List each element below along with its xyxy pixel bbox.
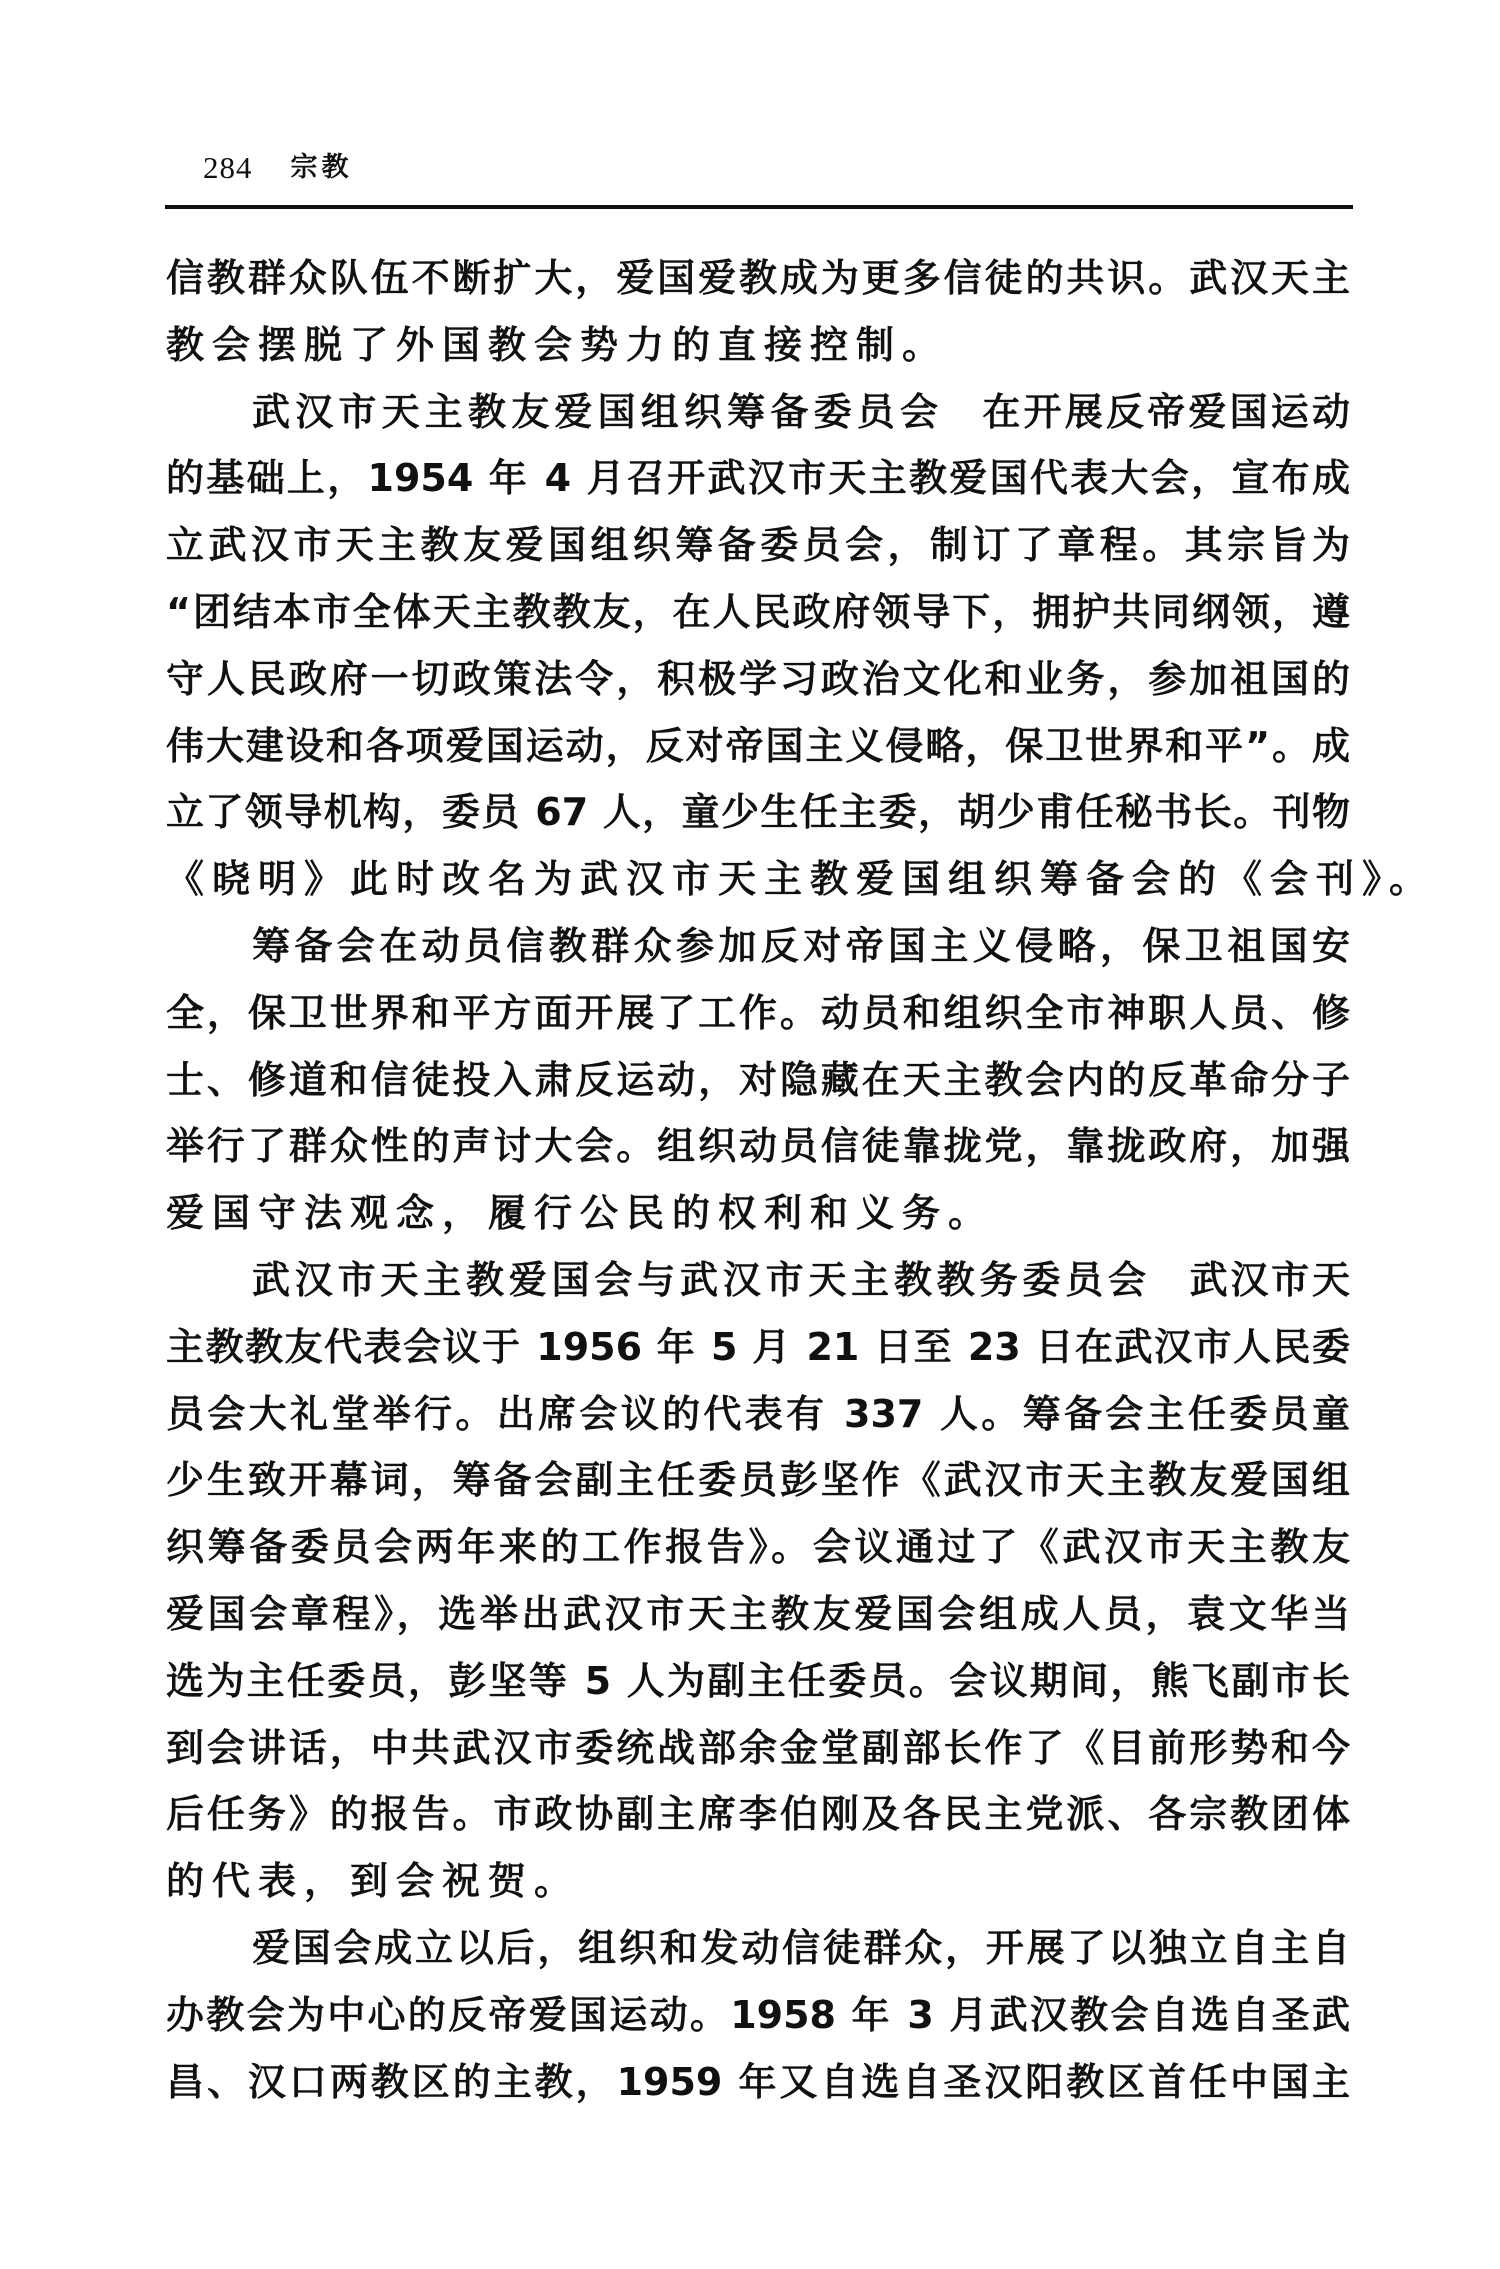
text-line: 少生致开幕词，筹备会副主任委员彭坚作《武汉市天主教友爱国组 [166,1454,1350,1521]
text-line: 后任务》的报告。市政协副主席李伯刚及各民主党派、各宗教团体 [166,1788,1350,1855]
text-line: 昌、汉口两教区的主教，1959 年又自选自圣汉阳教区首任中国主 [166,2056,1350,2123]
text-line: 的代表，到会祝贺。 [166,1855,1350,1922]
text-line: 到会讲话，中共武汉市委统战部余金堂副部长作了《目前形势和今 [166,1722,1350,1789]
text-line: 的基础上，1954 年 4 月召开武汉市天主教爱国代表大会，宣布成 [166,452,1350,519]
text-run: 武汉市天 [1187,1258,1350,1302]
text-line: 筹备会在动员信教群众参加反对帝国主义侵略，保卫祖国安 [166,920,1350,987]
text-line: 立了领导机构，委员 67 人，童少生任主委，胡少甫任秘书长。刊物 [166,786,1350,853]
book-page: 284 宗教 信教群众队伍不断扩大，爱国爱教成为更多信徒的共识。武汉天主 教会摆… [0,0,1500,2269]
text-line: 教会摆脱了外国教会势力的直接控制。 [166,319,1350,386]
text-run: 在开展反帝爱国运动 [979,390,1350,434]
text-line: 信教群众队伍不断扩大，爱国爱教成为更多信徒的共识。武汉天主 [166,252,1350,319]
header-rule [165,205,1353,209]
running-header: 284 宗教 [203,150,353,186]
text-line: 主教教友代表会议于 1956 年 5 月 21 日至 23 日在武汉市人民委 [166,1321,1350,1388]
section-title: 宗教 [291,150,353,186]
text-line: 举行了群众性的声讨大会。组织动员信徒靠拢党，靠拢政府，加强 [166,1120,1350,1187]
text-line: 织筹备委员会两年来的工作报告》。会议通过了《武汉市天主教友 [166,1521,1350,1588]
text-line: 伟大建设和各项爱国运动，反对帝国主义侵略，保卫世界和平”。成 [166,720,1350,787]
text-line-with-heading: 武汉市天主教友爱国组织筹备委员会在开展反帝爱国运动 [166,386,1350,453]
page-number: 284 [203,150,253,186]
text-line: 爱国会章程》，选举出武汉市天主教友爱国会组成人员，袁文华当 [166,1588,1350,1655]
section-heading: 武汉市天主教爱国会与武汉市天主教教务委员会 [252,1257,1151,1302]
body-text: 信教群众队伍不断扩大，爱国爱教成为更多信徒的共识。武汉天主 教会摆脱了外国教会势… [166,252,1350,2122]
text-line: 选为主任委员，彭坚等 5 人为副主任委员。会议期间，熊飞副市长 [166,1655,1350,1722]
text-line: 爱国守法观念，履行公民的权利和义务。 [166,1187,1350,1254]
section-heading: 武汉市天主教友爱国组织筹备委员会 [252,389,943,434]
text-line: 办教会为中心的反帝爱国运动。1958 年 3 月武汉教会自选自圣武 [166,1989,1350,2056]
text-line: 士、修道和信徒投入肃反运动，对隐藏在天主教会内的反革命分子 [166,1054,1350,1121]
text-line-with-heading: 武汉市天主教爱国会与武汉市天主教教务委员会武汉市天 [166,1254,1350,1321]
text-line: “团结本市全体天主教教友，在人民政府领导下，拥护共同纲领，遵 [166,586,1350,653]
text-line: 爱国会成立以后，组织和发动信徒群众，开展了以独立自主自 [166,1922,1350,1989]
text-line: 全，保卫世界和平方面开展了工作。动员和组织全市神职人员、修 [166,987,1350,1054]
text-line: 员会大礼堂举行。出席会议的代表有 337 人。筹备会主任委员童 [166,1388,1350,1455]
text-line: 《晓明》此时改名为武汉市天主教爱国组织筹备会的《会刊》。 [166,853,1350,920]
text-line: 守人民政府一切政策法令，积极学习政治文化和业务，参加祖国的 [166,653,1350,720]
text-line: 立武汉市天主教友爱国组织筹备委员会，制订了章程。其宗旨为 [166,519,1350,586]
